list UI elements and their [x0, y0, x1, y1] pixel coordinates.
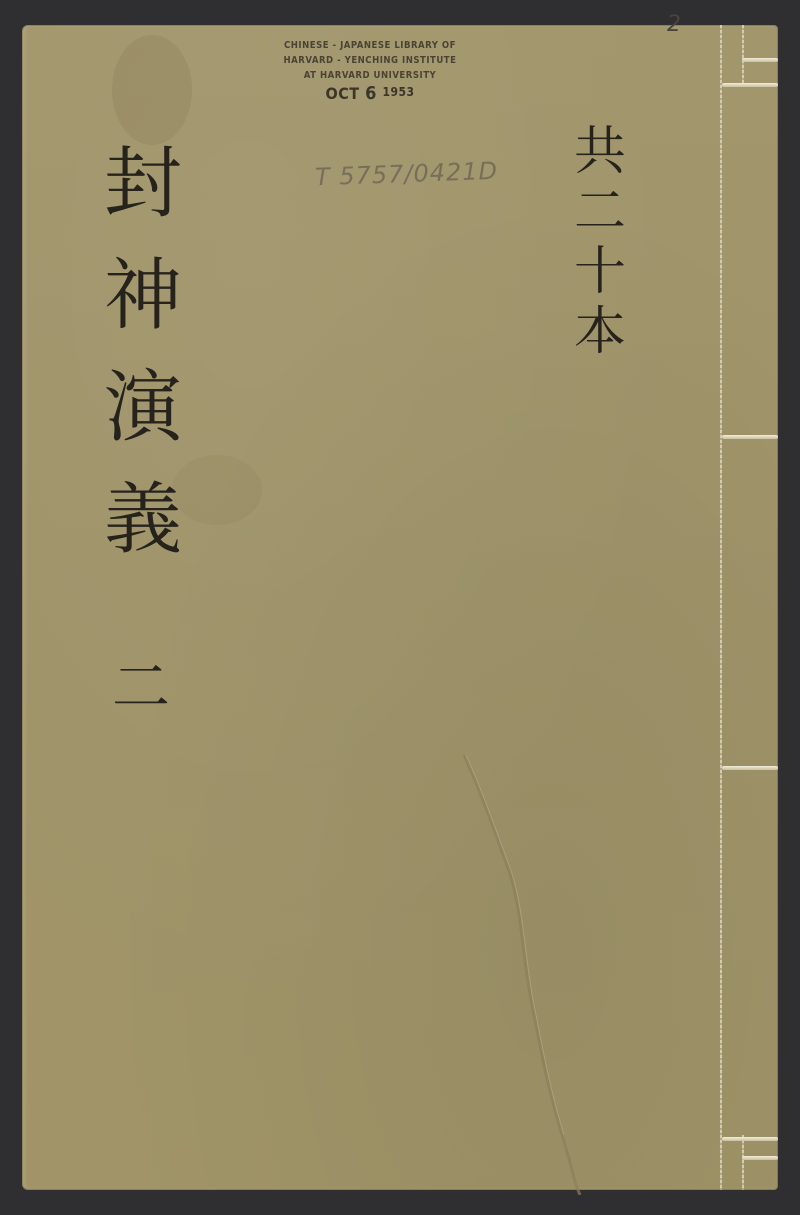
stamp-line-2: HARVARD - YENCHING INSTITUTE [270, 53, 470, 68]
binding-stitch [722, 435, 778, 439]
binding-stitch [722, 83, 778, 87]
title-char: 神 [104, 240, 182, 352]
paper-crack [462, 755, 582, 1195]
stamp-day: 6 [365, 83, 377, 104]
count-char: 二 [574, 182, 626, 242]
title-char: 演 [104, 352, 182, 464]
book-title: 封 神 演 義 [88, 128, 198, 576]
set-count-label: 共 二 十 本 [565, 122, 635, 362]
binding-stitch [722, 1137, 778, 1141]
count-char: 本 [574, 302, 626, 362]
stamp-month: OCT [326, 84, 360, 103]
stamp-line-3: AT HARVARD UNIVERSITY [270, 68, 470, 83]
binding-stitch [722, 766, 778, 770]
count-char: 共 [574, 122, 626, 182]
volume-label: 二 [112, 640, 170, 724]
handwritten-volume-number: 2 [667, 12, 681, 37]
binding-thread-bottom [742, 1135, 744, 1190]
stamp-date: OCT 6 1953 [270, 85, 470, 101]
binding-stitch [742, 1156, 778, 1160]
binding-thread-vertical [720, 25, 722, 1190]
title-char: 封 [104, 128, 182, 240]
stamp-year: 1953 [382, 85, 414, 99]
stamp-line-1: CHINESE - JAPANESE LIBRARY OF [270, 38, 470, 53]
title-char: 義 [104, 464, 182, 576]
count-char: 十 [574, 242, 626, 302]
binding-stitch [742, 58, 778, 62]
library-stamp: CHINESE - JAPANESE LIBRARY OF HARVARD - … [270, 38, 470, 101]
binding-thread-top [742, 25, 744, 85]
